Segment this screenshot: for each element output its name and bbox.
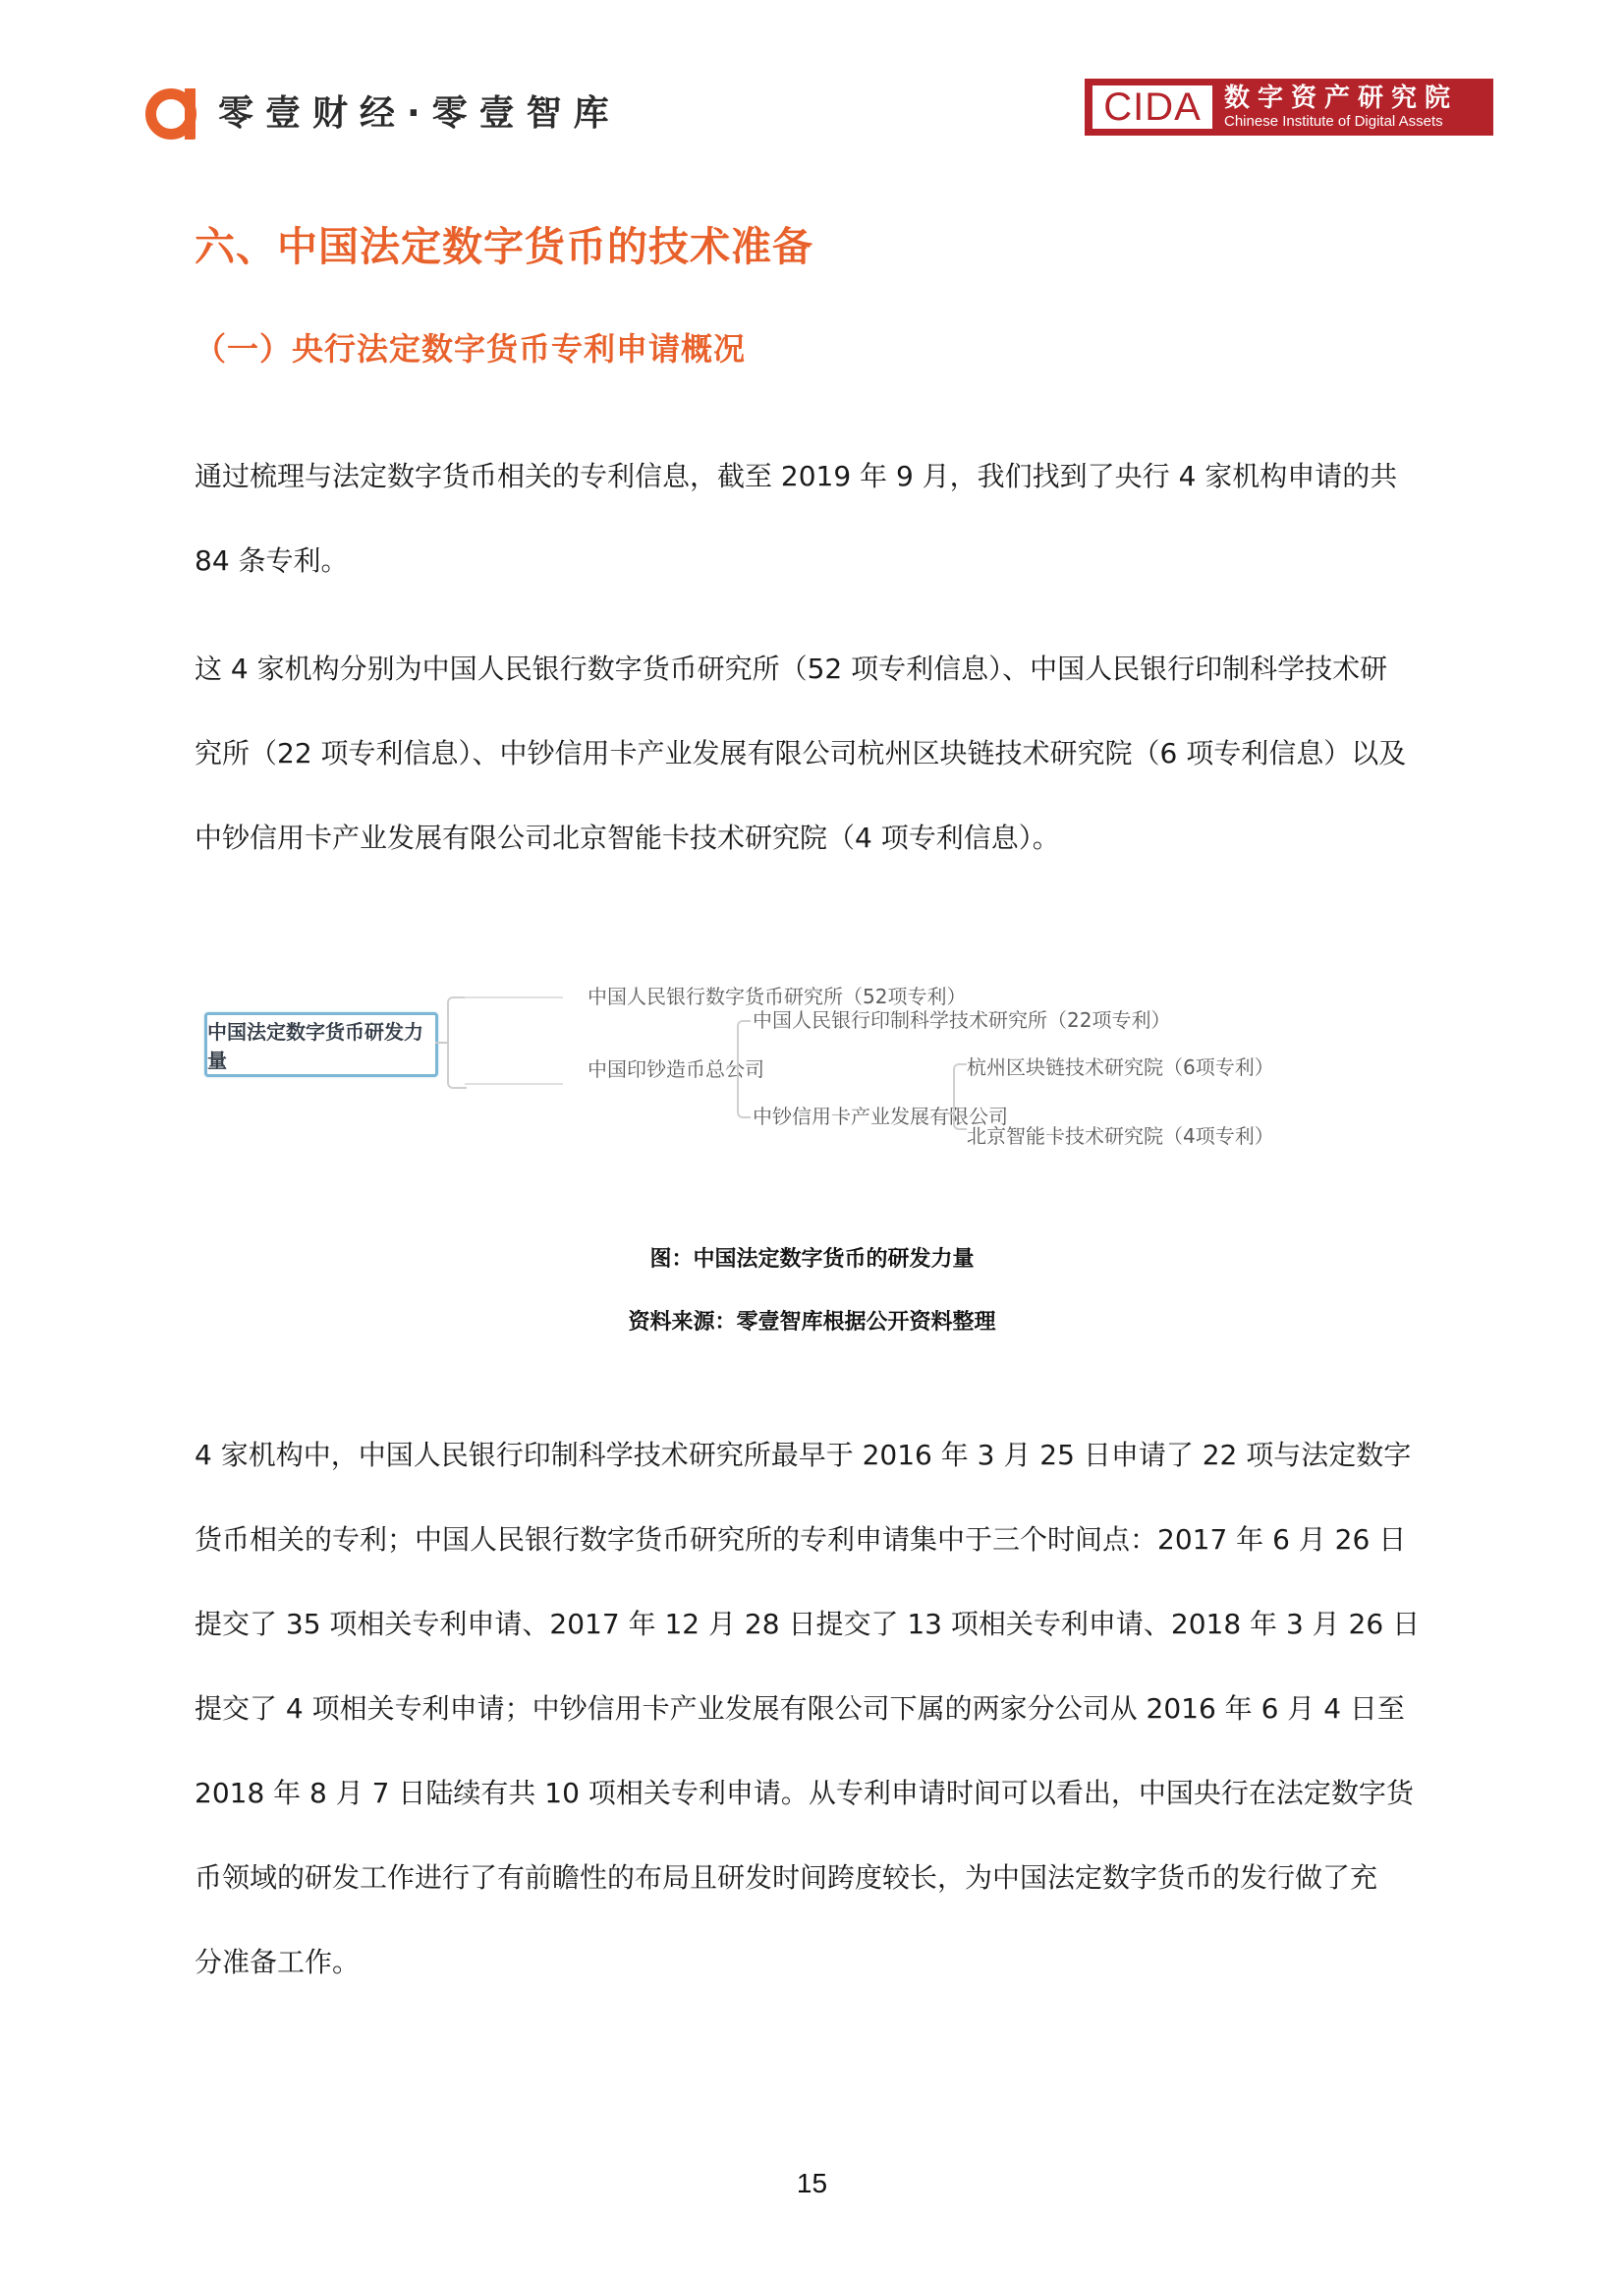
paragraph-3: 4 家机构中，中国人民银行印制科学技术研究所最早于 2016 年 3 月 25 … <box>195 1413 1442 2005</box>
cida-en-name: Chinese Institute of Digital Assets <box>1224 113 1458 131</box>
alpha-logo-icon <box>145 85 195 136</box>
paragraph-line: 中钞信用卡产业发展有限公司北京智能卡技术研究院（4 项专利信息）。 <box>195 796 1442 881</box>
page-number: 15 <box>0 2168 1624 2199</box>
figure-source: 资料来源：零壹智库根据公开资料整理 <box>0 1305 1624 1336</box>
mindmap-node-hangzhou-blockchain: 杭州区块链技术研究院（6项专利） <box>967 1052 1274 1080</box>
paragraph-line: 通过梳理与法定数字货币相关的专利信息，截至 2019 年 9 月，我们找到了央行… <box>195 434 1442 519</box>
logo-text: 零壹财经·零壹智库 <box>218 85 621 136</box>
cida-cn-name: 数字资产研究院 <box>1224 84 1458 113</box>
paragraph-line: 提交了 4 项相关专利申请；中钞信用卡产业发展有限公司下属的两家分公司从 201… <box>195 1667 1442 1751</box>
paragraph-line: 货币相关的专利；中国人民银行数字货币研究所的专利申请集中于三个时间点：2017 … <box>195 1498 1442 1582</box>
cida-abbr-box: CIDA <box>1092 85 1212 129</box>
paragraph-line: 提交了 35 项相关专利申请、2017 年 12 月 28 日提交了 13 项相… <box>195 1582 1442 1667</box>
cida-abbr: CIDA <box>1103 85 1202 129</box>
paragraph-line: 究所（22 项专利信息）、中钞信用卡产业发展有限公司杭州区块链技术研究院（6 项… <box>195 711 1442 796</box>
subsection-title: （一）央行法定数字货币专利申请概况 <box>195 324 746 370</box>
section-title: 六、中国法定数字货币的技术准备 <box>195 214 813 272</box>
paragraph-line: 2018 年 8 月 7 日陆续有共 10 项相关专利申请。从专利申请时间可以看… <box>195 1751 1442 1836</box>
paragraph-line: 币领域的研发工作进行了有前瞻性的布局且研发时间跨度较长，为中国法定数字货币的发行… <box>195 1836 1442 1920</box>
mindmap-node-beijing-smartcard: 北京智能卡技术研究院（4项专利） <box>967 1120 1274 1149</box>
mindmap-root-node: 中国法定数字货币研发力量 <box>204 1012 438 1077</box>
paragraph-line: 这 4 家机构分别为中国人民银行数字货币研究所（52 项专利信息）、中国人民银行… <box>195 627 1442 711</box>
zero-one-finance-logo: 零壹财经·零壹智库 <box>145 85 621 136</box>
paragraph-line: 4 家机构中，中国人民银行印制科学技术研究所最早于 2016 年 3 月 25 … <box>195 1413 1442 1498</box>
mindmap-node-printing-institute: 中国人民银行印制科学技术研究所（22项专利） <box>753 1004 1170 1033</box>
figure-caption: 图：中国法定数字货币的研发力量 <box>0 1242 1624 1273</box>
paragraph-line: 84 条专利。 <box>195 519 1442 603</box>
rd-force-mindmap: 中国法定数字货币研发力量 中国人民银行数字货币研究所（52项专利） 中国印钞造币… <box>196 963 1474 1179</box>
paragraph-1: 通过梳理与法定数字货币相关的专利信息，截至 2019 年 9 月，我们找到了央行… <box>195 434 1442 603</box>
paragraph-2: 这 4 家机构分别为中国人民银行数字货币研究所（52 项专利信息）、中国人民银行… <box>195 627 1442 881</box>
cida-logo: CIDA 数字资产研究院 Chinese Institute of Digita… <box>1085 79 1493 136</box>
paragraph-line: 分准备工作。 <box>195 1920 1442 2005</box>
